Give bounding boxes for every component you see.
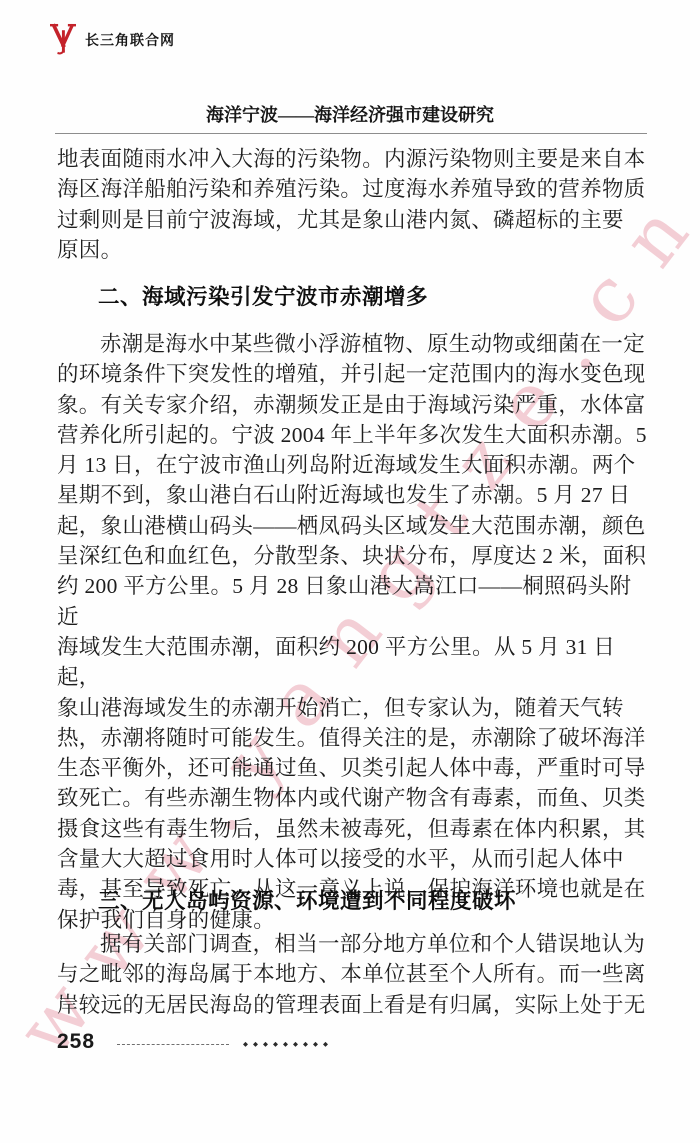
site-logo: 长三角联合网 xyxy=(50,22,175,56)
scanned-book-page: www.yangtze.cn 长三角联合网 海洋宁波——海洋经济强市建 xyxy=(0,0,700,1143)
page-content: 长三角联合网 海洋宁波——海洋经济强市建设研究 地表面随雨水冲入大海的污染物。内… xyxy=(0,0,700,1143)
footer-rule xyxy=(117,1044,229,1045)
section-heading-red-tide: 二、海域污染引发宁波市赤潮增多 xyxy=(98,280,428,311)
paragraph-islands-detail: 据有关部门调查，相当一部分地方单位和个人错误地认为 与之毗邻的海岛属于本地方、本… xyxy=(57,929,647,1020)
running-header-subtitle: ——海洋经济强市建设研究 xyxy=(278,105,494,125)
section-heading-islands: 三、无人岛屿资源、环境遭到不同程度破坏 xyxy=(98,884,516,915)
paragraph-pollution-sources: 地表面随雨水冲入大海的污染物。内源污染物则主要是来自本 海区海洋船舶污染和养殖污… xyxy=(57,144,647,265)
logo-psi-icon xyxy=(50,22,76,56)
running-header-book-title: 海洋宁波 xyxy=(206,105,278,125)
logo-site-name: 长三角联合网 xyxy=(85,30,175,50)
page-footer: 258 ◆◆◆◆◆◆◆◆◆ xyxy=(57,1030,645,1054)
running-header: 海洋宁波——海洋经济强市建设研究 xyxy=(0,101,700,127)
footer-ornaments: ◆◆◆◆◆◆◆◆◆ xyxy=(243,1040,333,1048)
page-number: 258 xyxy=(57,1030,95,1054)
paragraph-red-tide-detail: 赤潮是海水中某些微小浮游植物、原生动物或细菌在一定 的环境条件下突发性的增殖，并… xyxy=(57,329,647,935)
header-rule xyxy=(55,133,647,134)
